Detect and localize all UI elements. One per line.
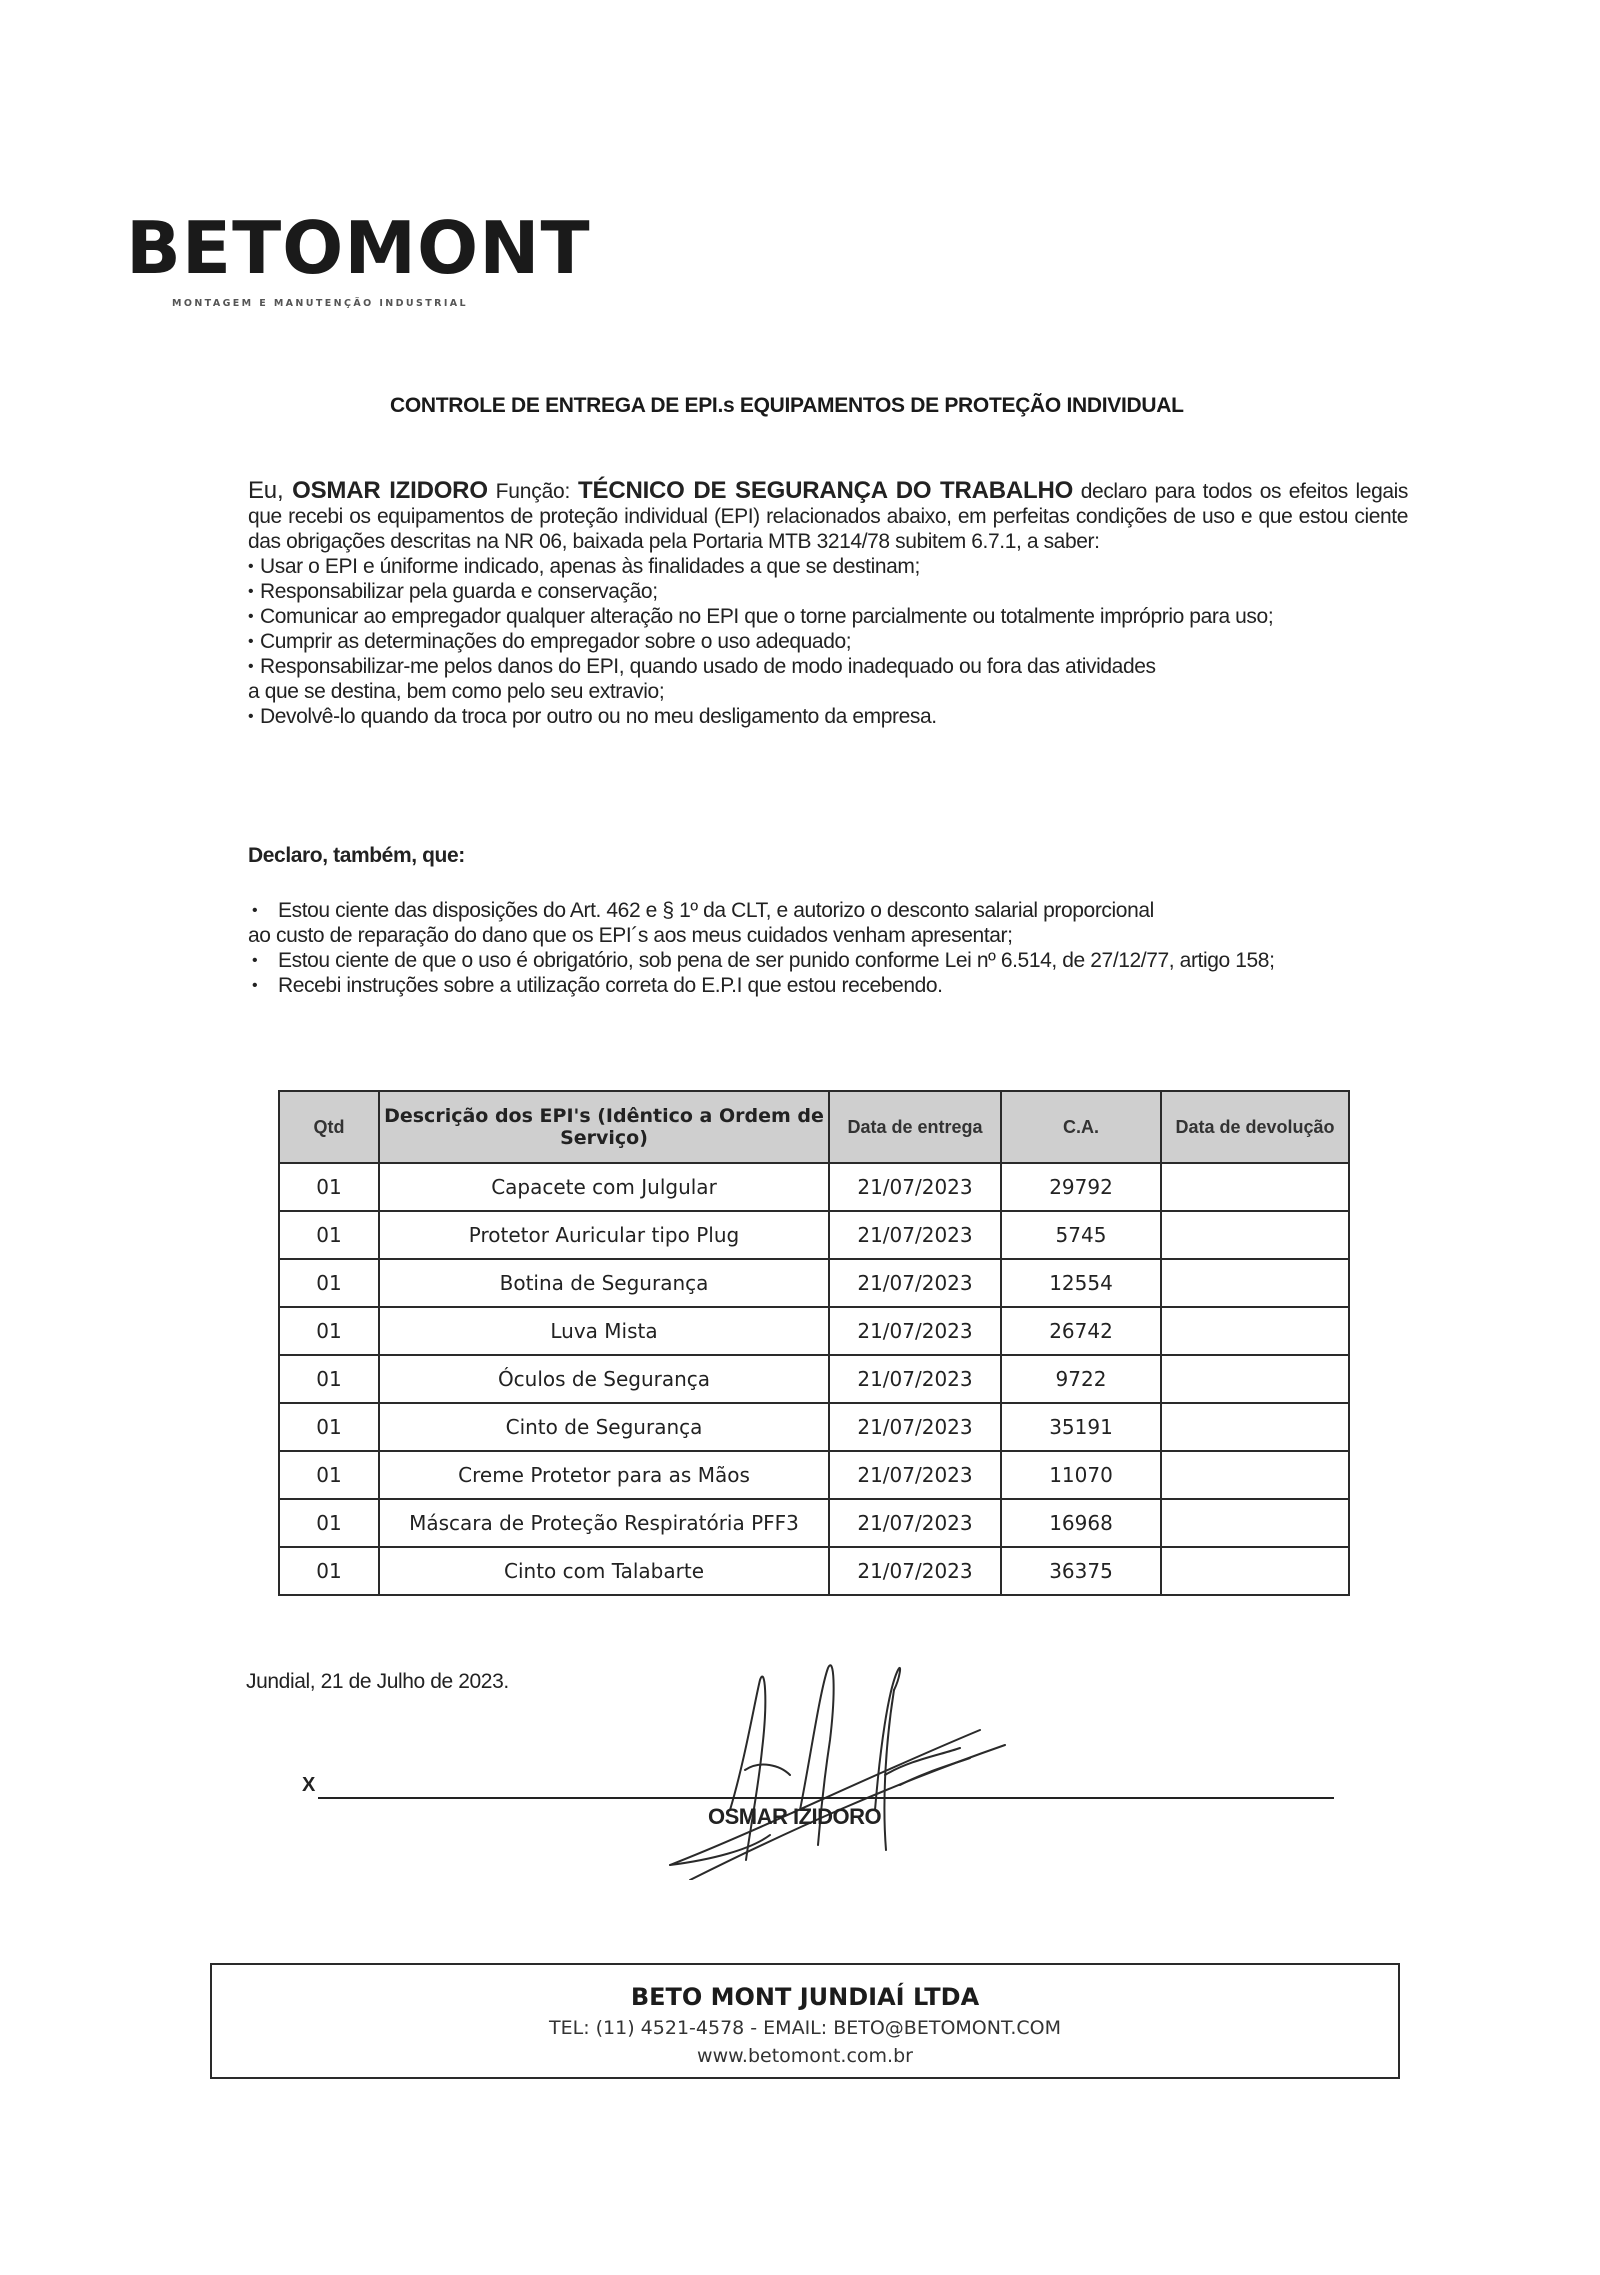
cell-ca: 9722 <box>1001 1355 1161 1403</box>
declaration-item: Estou ciente das disposições do Art. 462… <box>248 898 1408 948</box>
cell-qtd: 01 <box>279 1499 379 1547</box>
role-label: Função: <box>488 480 578 503</box>
cell-qtd: 01 <box>279 1259 379 1307</box>
table-row: 01Botina de Segurança21/07/202312554 <box>279 1259 1349 1307</box>
cell-description: Máscara de Proteção Respiratória PFF3 <box>379 1499 829 1547</box>
obligation-item: Responsabilizar-me pelos danos do EPI, q… <box>248 654 1408 704</box>
header-return-date: Data de devolução <box>1161 1091 1349 1163</box>
table-row: 01Cinto de Segurança21/07/202335191 <box>279 1403 1349 1451</box>
table-body: 01Capacete com Julgular21/07/20232979201… <box>279 1163 1349 1595</box>
signature-x-mark: X <box>302 1774 315 1797</box>
obligation-item: Usar o EPI e úniforme indicado, apenas à… <box>248 554 1408 579</box>
cell-qtd: 01 <box>279 1451 379 1499</box>
signature-line <box>318 1797 1334 1799</box>
obligation-item: Cumprir as determinações do empregador s… <box>248 629 1408 654</box>
declaration-wrap: ao custo de reparação do dano que os EPI… <box>248 923 1408 948</box>
cell-description: Creme Protetor para as Mãos <box>379 1451 829 1499</box>
declaration-intro: Eu, OSMAR IZIDORO Função: TÉCNICO DE SEG… <box>248 478 1408 729</box>
place-date: Jundial, 21 de Julho de 2023. <box>246 1670 509 1694</box>
table-row: 01Creme Protetor para as Mãos21/07/20231… <box>279 1451 1349 1499</box>
table-row: 01Protetor Auricular tipo Plug21/07/2023… <box>279 1211 1349 1259</box>
cell-ca: 16968 <box>1001 1499 1161 1547</box>
cell-delivery-date: 21/07/2023 <box>829 1211 1001 1259</box>
footer-website[interactable]: www.betomont.com.br <box>212 2045 1398 2067</box>
cell-return-date <box>1161 1451 1349 1499</box>
declarations-list: Estou ciente das disposições do Art. 462… <box>248 898 1408 998</box>
obligation-wrap: a que se destina, bem como pelo seu extr… <box>248 679 1408 704</box>
cell-delivery-date: 21/07/2023 <box>829 1307 1001 1355</box>
table-header-row: Qtd Descrição dos EPI's (Idêntico a Orde… <box>279 1091 1349 1163</box>
table-row: 01Luva Mista21/07/202326742 <box>279 1307 1349 1355</box>
cell-delivery-date: 21/07/2023 <box>829 1547 1001 1595</box>
cell-qtd: 01 <box>279 1163 379 1211</box>
cell-delivery-date: 21/07/2023 <box>829 1499 1001 1547</box>
declarations: Estou ciente das disposições do Art. 462… <box>248 898 1408 998</box>
obligation-text: Responsabilizar-me pelos danos do EPI, q… <box>260 655 1156 678</box>
logo-wordmark: BETOMONT <box>126 212 576 284</box>
declaration-heading: Declaro, também, que: <box>248 843 465 868</box>
cell-description: Botina de Segurança <box>379 1259 829 1307</box>
cell-return-date <box>1161 1259 1349 1307</box>
cell-qtd: 01 <box>279 1307 379 1355</box>
cell-delivery-date: 21/07/2023 <box>829 1451 1001 1499</box>
cell-delivery-date: 21/07/2023 <box>829 1403 1001 1451</box>
footer-company-name: BETO MONT JUNDIAÍ LTDA <box>212 1983 1398 2011</box>
cell-return-date <box>1161 1163 1349 1211</box>
obligations-list: Usar o EPI e úniforme indicado, apenas à… <box>248 554 1408 729</box>
table-row: 01Máscara de Proteção Respiratória PFF32… <box>279 1499 1349 1547</box>
cell-return-date <box>1161 1547 1349 1595</box>
signer-name: OSMAR IZIDORO <box>708 1804 881 1830</box>
intro-paragraph: Eu, OSMAR IZIDORO Função: TÉCNICO DE SEG… <box>248 478 1408 554</box>
table-row: 01Óculos de Segurança21/07/20239722 <box>279 1355 1349 1403</box>
cell-ca: 29792 <box>1001 1163 1161 1211</box>
intro-prefix: Eu, <box>248 477 292 504</box>
document-title: CONTROLE DE ENTREGA DE EPI.s EQUIPAMENTO… <box>390 394 1260 418</box>
declaration-item: Recebi instruções sobre a utilização cor… <box>248 973 1408 998</box>
epi-table: Qtd Descrição dos EPI's (Idêntico a Orde… <box>278 1090 1350 1596</box>
cell-ca: 12554 <box>1001 1259 1161 1307</box>
header-ca: C.A. <box>1001 1091 1161 1163</box>
obligation-item: Devolvê-lo quando da troca por outro ou … <box>248 704 1408 729</box>
cell-description: Protetor Auricular tipo Plug <box>379 1211 829 1259</box>
header-qtd: Qtd <box>279 1091 379 1163</box>
cell-return-date <box>1161 1211 1349 1259</box>
cell-ca: 5745 <box>1001 1211 1161 1259</box>
logo-tagline: MONTAGEM E MANUTENÇÃO INDUSTRIAL <box>126 298 576 309</box>
cell-ca: 35191 <box>1001 1403 1161 1451</box>
cell-delivery-date: 21/07/2023 <box>829 1259 1001 1307</box>
cell-return-date <box>1161 1355 1349 1403</box>
header-delivery-date: Data de entrega <box>829 1091 1001 1163</box>
table-row: 01Capacete com Julgular21/07/202329792 <box>279 1163 1349 1211</box>
cell-return-date <box>1161 1403 1349 1451</box>
cell-ca: 11070 <box>1001 1451 1161 1499</box>
cell-ca: 36375 <box>1001 1547 1161 1595</box>
company-logo: BETOMONT MONTAGEM E MANUTENÇÃO INDUSTRIA… <box>126 212 576 309</box>
table-row: 01Cinto com Talabarte21/07/202336375 <box>279 1547 1349 1595</box>
cell-delivery-date: 21/07/2023 <box>829 1163 1001 1211</box>
cell-return-date <box>1161 1499 1349 1547</box>
header-description: Descrição dos EPI's (Idêntico a Ordem de… <box>379 1091 829 1163</box>
cell-description: Capacete com Julgular <box>379 1163 829 1211</box>
handwritten-signature <box>650 1660 1100 1880</box>
employee-name: OSMAR IZIDORO <box>292 477 488 504</box>
cell-description: Óculos de Segurança <box>379 1355 829 1403</box>
cell-description: Cinto de Segurança <box>379 1403 829 1451</box>
obligation-item: Comunicar ao empregador qualquer alteraç… <box>248 604 1408 629</box>
declaration-text: Estou ciente das disposições do Art. 462… <box>278 899 1154 922</box>
cell-description: Cinto com Talabarte <box>379 1547 829 1595</box>
obligation-item: Responsabilizar pela guarda e conservaçã… <box>248 579 1408 604</box>
cell-ca: 26742 <box>1001 1307 1161 1355</box>
footer-contact: TEL: (11) 4521-4578 - EMAIL: BETO@BETOMO… <box>212 2017 1398 2039</box>
cell-qtd: 01 <box>279 1547 379 1595</box>
cell-qtd: 01 <box>279 1403 379 1451</box>
cell-description: Luva Mista <box>379 1307 829 1355</box>
declaration-item: Estou ciente de que o uso é obrigatório,… <box>248 948 1408 973</box>
employee-role: TÉCNICO DE SEGURANÇA DO TRABALHO <box>578 477 1073 504</box>
cell-return-date <box>1161 1307 1349 1355</box>
cell-qtd: 01 <box>279 1211 379 1259</box>
cell-delivery-date: 21/07/2023 <box>829 1355 1001 1403</box>
footer-box: BETO MONT JUNDIAÍ LTDA TEL: (11) 4521-45… <box>210 1963 1400 2079</box>
cell-qtd: 01 <box>279 1355 379 1403</box>
